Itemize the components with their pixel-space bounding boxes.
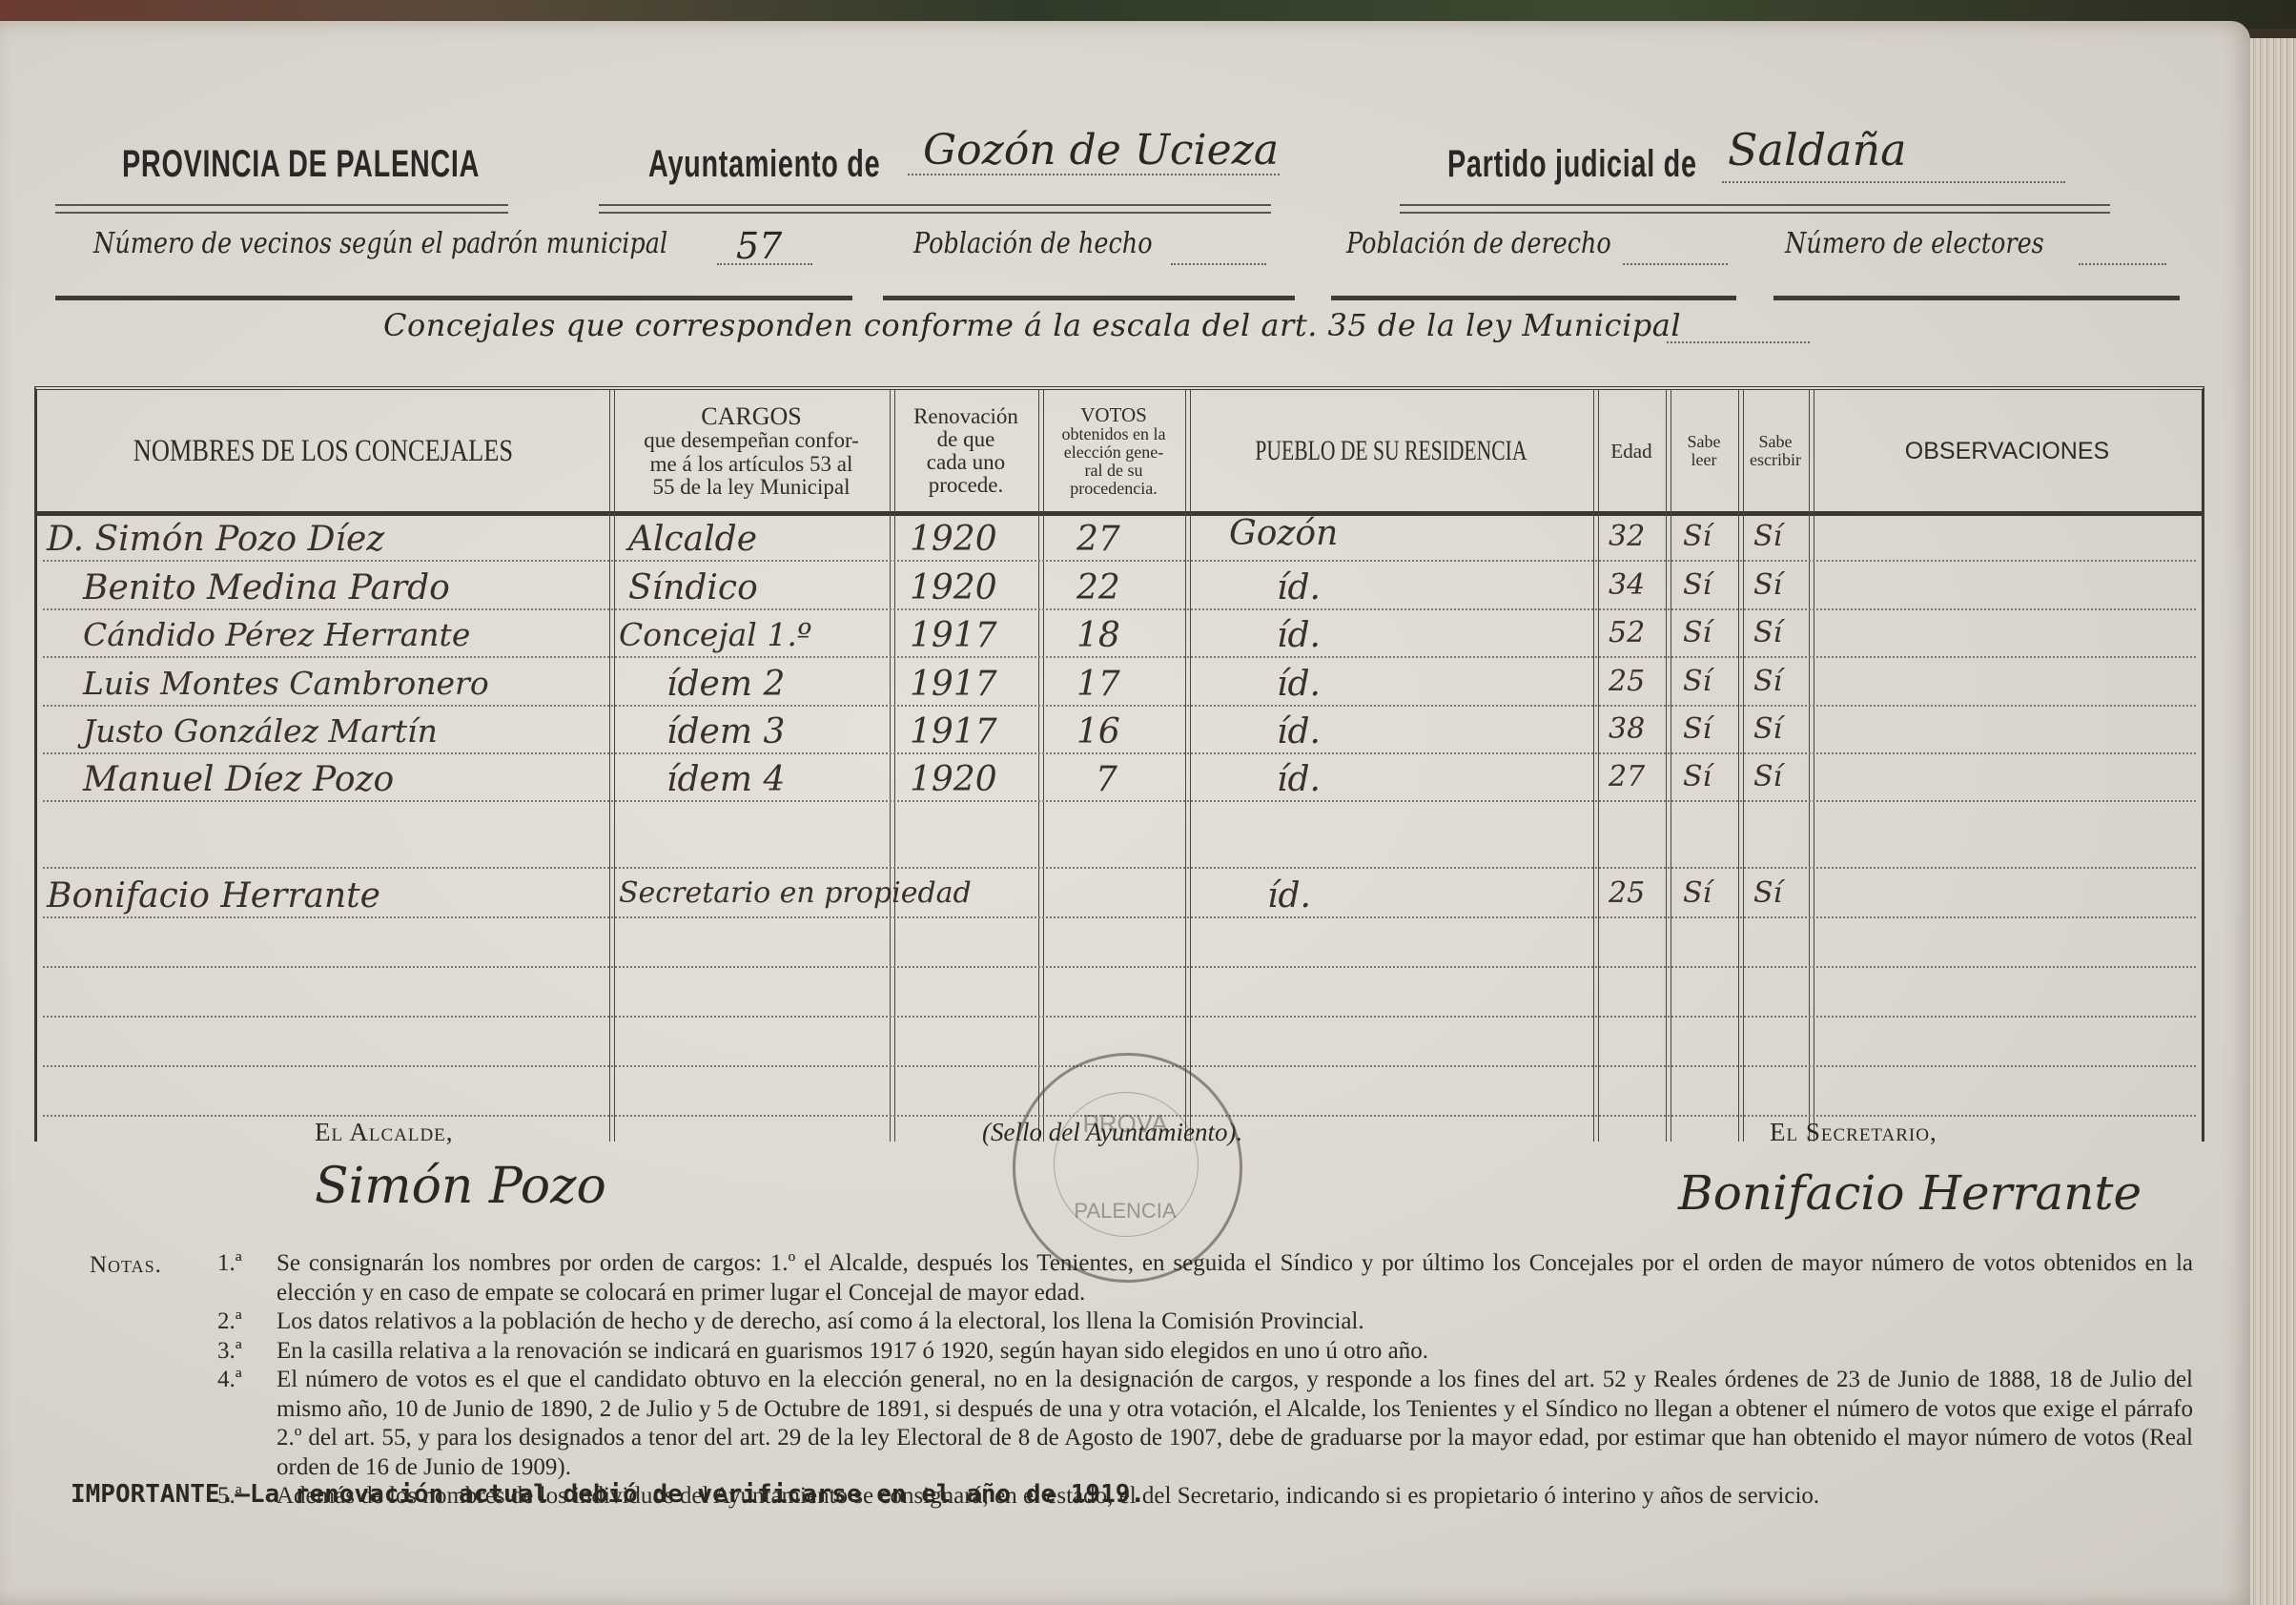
cell-sabe-escribir[interactable]: Sí (1753, 520, 1782, 553)
cell-renovacion[interactable]: 1917 (910, 712, 997, 751)
rule (1331, 296, 1736, 300)
cell-sabe-escribir[interactable]: Sí (1753, 568, 1782, 602)
note-item: 1.ª Se consignarán los nombres por orden… (217, 1249, 2193, 1307)
cell-sabe-escribir[interactable]: Sí (1753, 876, 1782, 910)
rule (1400, 204, 2110, 214)
cell-votos[interactable]: 7 (1096, 760, 1117, 799)
note-text: Se consignarán los nombres por orden de … (277, 1249, 2193, 1307)
cell-sabe-escribir[interactable]: Sí (1753, 665, 1782, 698)
note-text: En la casilla relativa a la renovación s… (277, 1337, 2193, 1367)
document-page: PROVINCIA DE PALENCIA Ayuntamiento de Go… (0, 21, 2250, 1605)
cell-cargo[interactable]: Concejal 1.º (619, 616, 811, 653)
cell-edad[interactable]: 25 (1609, 665, 1645, 698)
book-page-edges (2250, 38, 2296, 1605)
cell-votos[interactable]: 18 (1076, 616, 1120, 655)
note-item: 3.ª En la casilla relativa a la renovaci… (217, 1337, 2193, 1367)
notes-label: Notas. (90, 1252, 162, 1279)
vecinos-label: Número de vecinos según el padrón munici… (93, 227, 667, 260)
row-line (43, 1016, 2196, 1018)
header-cargos-line: me á los artículos 53 al (650, 453, 853, 476)
cell-nombre[interactable]: D. Simón Pozo Díez (47, 520, 384, 559)
header-sabe-leer: Sabe leer (1670, 390, 1738, 512)
cell-renovacion[interactable]: 1917 (910, 616, 997, 655)
header-sabe-leer-line: leer (1691, 451, 1717, 469)
important-text: —La renovación actual debió de verificar… (235, 1480, 1145, 1509)
header-votos-line: ral de su (1085, 462, 1143, 480)
province-title: PROVINCIA DE PALENCIA (122, 143, 480, 186)
municipal-stamp: PROVA PALENCIA (1013, 1053, 1242, 1283)
cell-sabe-leer[interactable]: Sí (1683, 876, 1712, 910)
alcalde-signature: Simón Pozo (315, 1158, 606, 1215)
header-pueblo: PUEBLO DE SU RESIDENCIA (1189, 390, 1593, 512)
row-line (43, 560, 2196, 562)
note-number: 4.ª (217, 1366, 277, 1482)
cell-sabe-escribir[interactable]: Sí (1753, 712, 1782, 746)
stamp-text: PROVA (1054, 1109, 1197, 1139)
header-votos-title: VOTOS (1080, 404, 1147, 425)
rule (883, 296, 1295, 300)
cell-pueblo[interactable]: íd. (1277, 760, 1321, 799)
header-observaciones: OBSERVACIONES (1813, 390, 2202, 512)
vecinos-value[interactable]: 57 (736, 225, 782, 267)
header-renovacion: Renovación de que cada uno procede. (893, 390, 1038, 512)
dotline (908, 174, 1280, 175)
ayuntamiento-label: Ayuntamiento de (648, 143, 880, 186)
cell-edad[interactable]: 52 (1609, 616, 1645, 649)
cell-nombre[interactable]: Benito Medina Pardo (83, 568, 450, 607)
cell-edad[interactable]: 32 (1609, 520, 1645, 553)
header-edad: Edad (1597, 390, 1666, 512)
electores-field[interactable] (2079, 263, 2166, 265)
poblacion-hecho-field[interactable] (1171, 263, 1266, 265)
electores-label: Número de electores (1785, 227, 2044, 260)
alcalde-label: El Alcalde, (315, 1118, 454, 1147)
cell-sabe-leer[interactable]: Sí (1683, 712, 1712, 746)
row-line (43, 966, 2196, 968)
dotline (1722, 181, 2065, 183)
cell-renovacion[interactable]: 1920 (910, 568, 997, 607)
partido-value: Saldaña (1728, 124, 1907, 175)
header-sabe-escribir: Sabe escribir (1742, 390, 1809, 512)
header-renovacion-line: procede. (929, 474, 1004, 497)
note-number: 2.ª (217, 1307, 277, 1337)
header-votos-line: procedencia. (1070, 480, 1157, 498)
cell-pueblo[interactable]: íd. (1277, 665, 1321, 704)
poblacion-derecho-label: Población de derecho (1346, 227, 1611, 260)
row-line (43, 608, 2196, 610)
header-renovacion-line: Renovación (913, 405, 1018, 428)
cell-pueblo[interactable]: Gozón (1229, 514, 1338, 553)
header-sabe-escribir-line: escribir (1750, 451, 1801, 469)
rule (55, 204, 508, 214)
cell-pueblo[interactable]: íd. (1277, 568, 1321, 607)
partido-label: Partido judicial de (1447, 143, 1697, 186)
cell-nombre[interactable]: Manuel Díez Pozo (83, 760, 394, 799)
cell-sabe-escribir[interactable]: Sí (1753, 616, 1782, 649)
row-line (43, 705, 2196, 707)
rule (55, 296, 852, 300)
header-sabe-leer-line: Sabe (1688, 433, 1721, 451)
row-line (43, 752, 2196, 754)
note-text: El número de votos es el que el candidat… (277, 1366, 2193, 1482)
note-number: 3.ª (217, 1337, 277, 1367)
cell-edad[interactable]: 27 (1609, 760, 1645, 793)
poblacion-derecho-field[interactable] (1623, 263, 1728, 265)
cell-renovacion[interactable]: 1920 (910, 760, 997, 799)
cell-renovacion[interactable]: 1917 (910, 665, 997, 704)
secretario-signature: Bonifacio Herrante (1678, 1165, 2142, 1221)
row-line (43, 867, 2196, 869)
cell-sabe-escribir[interactable]: Sí (1753, 760, 1782, 793)
cell-sabe-leer[interactable]: Sí (1683, 616, 1712, 649)
note-item: 2.ª Los datos relativos a la población d… (217, 1307, 2193, 1337)
concejales-field[interactable] (1667, 341, 1810, 343)
header-observaciones-text: OBSERVACIONES (1905, 439, 2109, 463)
note-text: Los datos relativos a la población de he… (277, 1307, 2193, 1337)
header-cargos-line: 55 de la ley Municipal (653, 476, 851, 499)
cell-sabe-leer[interactable]: Sí (1683, 760, 1712, 793)
header-nombres-text: NOMBRES DE LOS CONCEJALES (133, 435, 513, 468)
cell-edad[interactable]: 34 (1609, 568, 1645, 602)
header-votos-line: obtenidos en la (1062, 425, 1166, 443)
cell-sabe-leer[interactable]: Sí (1683, 568, 1712, 602)
cell-votos[interactable]: 17 (1076, 665, 1120, 704)
cell-cargo[interactable]: ídem 2 (666, 665, 785, 704)
row-line (43, 916, 2196, 918)
stamp-text: PALENCIA (1054, 1199, 1197, 1224)
header-cargos-line: que desempeñan confor- (644, 429, 859, 452)
note-item: 4.ª El número de votos es el que el cand… (217, 1366, 2193, 1482)
header-cargos: CARGOS que desempeñan confor- me á los a… (613, 390, 890, 512)
cell-votos[interactable]: 27 (1076, 520, 1120, 559)
cell-sabe-leer[interactable]: Sí (1683, 665, 1712, 698)
notes-list: 1.ª Se consignarán los nombres por orden… (217, 1249, 2193, 1512)
cell-sabe-leer[interactable]: Sí (1683, 520, 1712, 553)
header-votos-line: elección gene- (1064, 443, 1163, 462)
cell-cargo[interactable]: Alcalde (628, 520, 757, 559)
cell-nombre[interactable]: Justo González Martín (83, 712, 438, 750)
header-pueblo-text: PUEBLO DE SU RESIDENCIA (1255, 436, 1527, 466)
header-votos: VOTOS obtenidos en la elección gene- ral… (1042, 390, 1185, 512)
cell-cargo[interactable]: Síndico (628, 568, 758, 607)
header-renovacion-line: cada uno (927, 451, 1005, 474)
ayuntamiento-value: Gozón de Ucieza (923, 126, 1279, 175)
rule (1773, 296, 2180, 300)
rule (599, 204, 1271, 214)
cell-cargo[interactable]: Secretario en propiedad (619, 876, 972, 910)
row-line (43, 800, 2196, 802)
concejales-label: Concejales que corresponden conforme á l… (383, 307, 1681, 343)
cell-renovacion[interactable]: 1920 (910, 520, 997, 559)
important-notice: IMPORTANTE.—La renovación actual debió d… (71, 1480, 1145, 1509)
cell-nombre[interactable]: Cándido Pérez Herrante (83, 616, 470, 653)
cell-edad[interactable]: 38 (1609, 712, 1645, 746)
cell-pueblo[interactable]: íd. (1277, 616, 1321, 655)
cell-votos[interactable]: 16 (1076, 712, 1120, 751)
note-number: 1.ª (217, 1249, 277, 1307)
cell-pueblo[interactable]: íd. (1277, 712, 1321, 751)
cell-cargo[interactable]: ídem 3 (666, 712, 785, 751)
header-sabe-escribir-line: Sabe (1759, 433, 1793, 451)
secretario-label: El Secretario, (1770, 1118, 1937, 1147)
cell-nombre[interactable]: Bonifacio Herrante (47, 876, 380, 916)
cell-pueblo[interactable]: íd. (1267, 876, 1311, 916)
header-renovacion-line: de que (937, 428, 995, 451)
header-nombres: NOMBRES DE LOS CONCEJALES (37, 390, 609, 512)
concejales-table: NOMBRES DE LOS CONCEJALES CARGOS que des… (34, 386, 2204, 1142)
cell-edad[interactable]: 25 (1609, 876, 1645, 910)
header-cargos-title: CARGOS (701, 403, 801, 429)
cell-nombre[interactable]: Luis Montes Cambronero (83, 665, 489, 702)
row-line (43, 656, 2196, 658)
cell-votos[interactable]: 22 (1076, 568, 1120, 607)
header-edad-text: Edad (1610, 441, 1651, 462)
important-label: IMPORTANTE. (71, 1480, 235, 1509)
cell-cargo[interactable]: ídem 4 (666, 760, 785, 799)
poblacion-hecho-label: Población de hecho (913, 227, 1153, 260)
